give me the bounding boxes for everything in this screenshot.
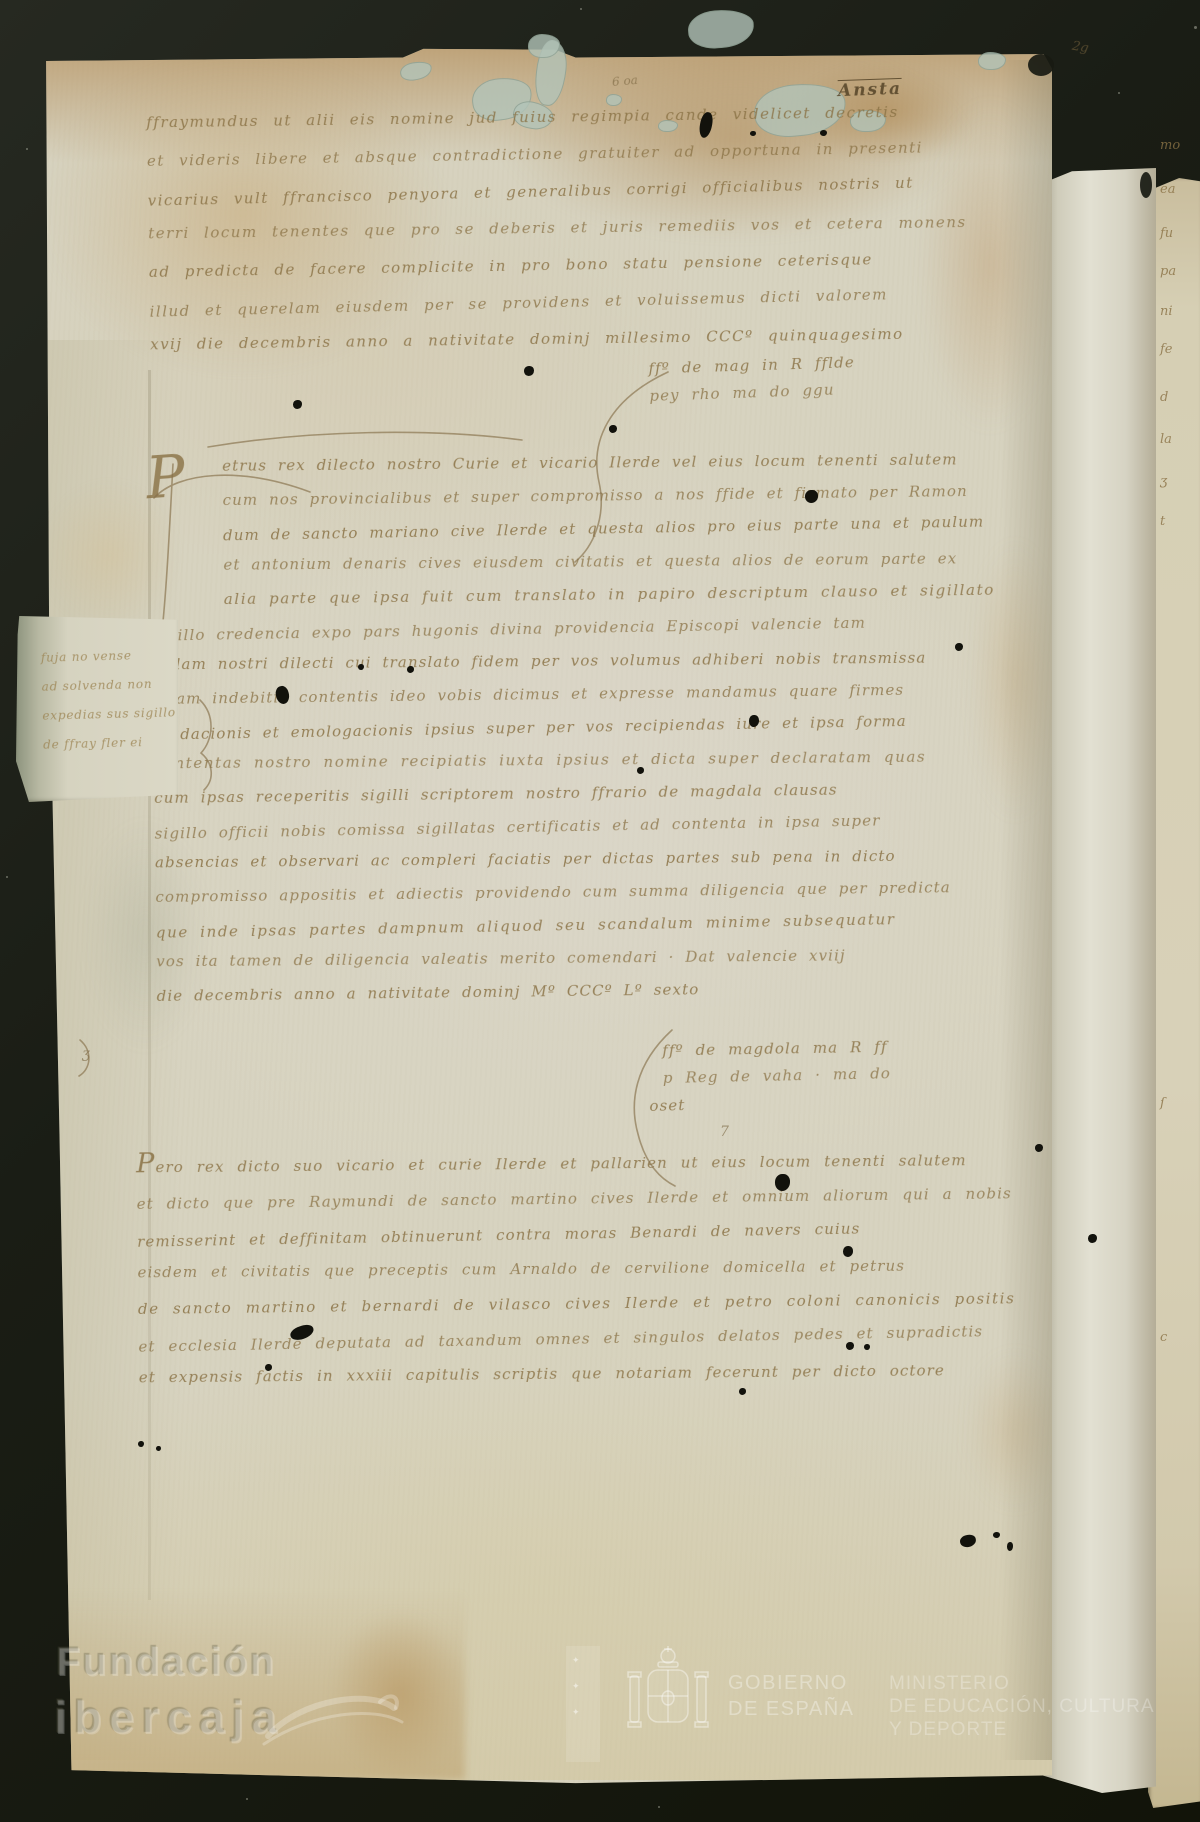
chancery-note-2: ffº de magdola ma R ffp Reg de vaha · ma… — [662, 1033, 892, 1119]
watermark-gobierno-line2: DE ESPAÑA — [728, 1696, 855, 1722]
watermark-ministerio: MINISTERIO DE EDUCACIÓN, CULTURA Y DEPOR… — [889, 1672, 1155, 1741]
dust-speck — [580, 8, 582, 10]
watermark-ministerio-line1: MINISTERIO — [889, 1672, 1155, 1695]
star-icon: ✦ — [572, 1708, 580, 1718]
gutter-shadow-notch — [1028, 54, 1054, 76]
stray-ink-mark: 6 oa — [611, 73, 638, 89]
watermark-gobierno: GOBIERNO DE ESPAÑA — [728, 1670, 855, 1722]
manuscript-photo: fuja no vensead solvenda nonexpedias sus… — [0, 0, 1200, 1822]
star-icon: ✦ — [572, 1656, 580, 1666]
watermark-ministerio-line3: Y DEPORTE — [889, 1718, 1155, 1741]
margin-note-line: ad solvenda non — [41, 669, 175, 701]
dust-speck — [1194, 26, 1197, 29]
paragraph-2: etrus rex dilecto nostro Curie et vicari… — [150, 441, 1057, 1013]
gutter-shadow-notch — [1140, 172, 1152, 198]
stray-ink-mark: ʒ — [82, 1046, 90, 1062]
dust-speck — [246, 1798, 248, 1800]
watermark-ibercaja-line2: ibercaja — [54, 1690, 284, 1744]
chancery-note-1: ffº de mag in R ffldepey rho ma do ggu — [648, 349, 856, 410]
coat-of-arms-icon — [618, 1646, 718, 1738]
stray-ink-mark: 7 — [720, 1124, 729, 1140]
watermark-ibercaja-line1: Fundación — [56, 1640, 276, 1685]
dust-speck — [658, 1806, 660, 1808]
watermark-ministerio-line2: DE EDUCACIÓN, CULTURA — [889, 1695, 1155, 1718]
stray-ink-mark: 2g — [1071, 39, 1090, 57]
star-icon: ✦ — [572, 1682, 580, 1692]
gutter-text-fragment: mo — [1160, 138, 1180, 153]
margin-note-line: de ffray fler ei — [43, 727, 177, 759]
dust-speck — [1118, 92, 1120, 94]
ibercaja-logo-swoosh-icon — [262, 1686, 412, 1750]
dust-speck — [6, 876, 8, 878]
paragraph-1: ffraymundus ut alii eis nomine jud fuius… — [146, 90, 1050, 365]
margin-note-line: fuja no vense — [41, 640, 175, 672]
margin-note: fuja no vensead solvenda nonexpedias sus… — [41, 640, 178, 759]
dust-speck — [26, 148, 28, 150]
margin-note-line: expedias sus sigillo — [42, 698, 176, 730]
tape-residue — [687, 8, 755, 51]
paragraph-3: Pero rex dicto suo vicario et curie Iler… — [136, 1137, 1049, 1397]
attached-note-slip: fuja no vensead solvenda nonexpedias sus… — [16, 616, 178, 802]
watermark-gobierno-line1: GOBIERNO — [728, 1670, 855, 1696]
